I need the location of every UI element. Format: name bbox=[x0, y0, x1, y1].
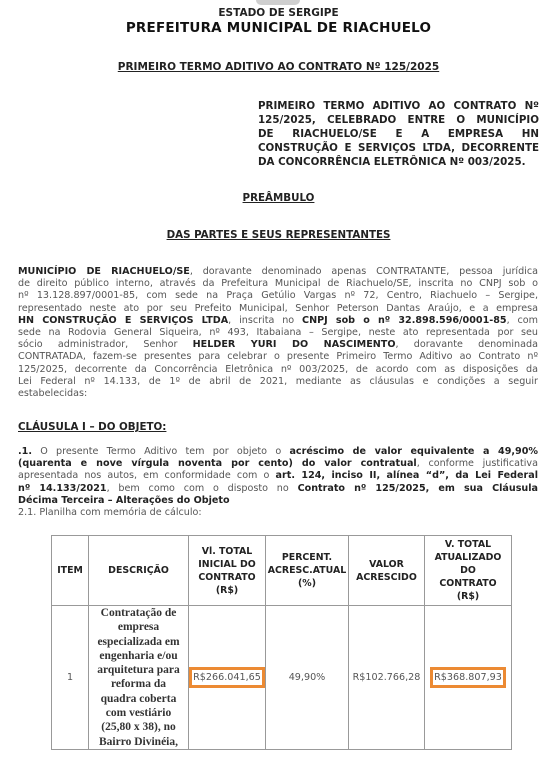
ementa-line: DE RIACHUELO/SE E A EMPRESA HN bbox=[258, 127, 539, 141]
text: sede na Rodovia General Siqueira, nº 493… bbox=[18, 327, 538, 339]
table-row: 1 Contratação de empresa especializada e… bbox=[52, 606, 512, 750]
text: apresentada nos autos, em conformidade c… bbox=[18, 470, 276, 481]
col-added: VALOR ACRESCIDO bbox=[349, 536, 425, 606]
document-title: PRIMEIRO TERMO ADITIVO AO CONTRATO Nº 12… bbox=[0, 61, 557, 73]
state-header: ESTADO DE SERGIPE bbox=[0, 7, 557, 19]
header-line: CONTRATO bbox=[189, 571, 265, 584]
header-line: VALOR bbox=[349, 558, 424, 571]
text: Lei Federal nº 14.133, de 1º de abril de… bbox=[18, 376, 538, 388]
added-value-cell: R$102.766,28 bbox=[349, 606, 425, 750]
desc-line: quadra coberta bbox=[89, 692, 188, 706]
spreadsheet-caption: 2.1. Planilha com memória de cálculo: bbox=[18, 507, 538, 519]
text: representado neste ato por seu Prefeito … bbox=[18, 303, 538, 315]
desc-line: engenharia e/ou bbox=[89, 649, 188, 663]
col-initial-total: Vl. TOTAL INICIAL DO CONTRATO (R$) bbox=[189, 536, 266, 606]
header-line: ATUALIZADO bbox=[425, 551, 511, 564]
text-bold: (quarenta e nove vírgula noventa por cen… bbox=[18, 458, 417, 469]
desc-line: arquitetura para bbox=[89, 663, 188, 677]
calculation-table: ITEM DESCRIÇÃO Vl. TOTAL INICIAL DO CONT… bbox=[51, 535, 512, 750]
header-line: (%) bbox=[266, 577, 348, 590]
text-bold: Contrato nº 125/2025, em sua Cláusula bbox=[298, 483, 538, 494]
ementa-line: DA CONCORRÊNCIA ELETRÔNICA Nº 003/2025. bbox=[258, 155, 539, 169]
clause-1-heading: CLÁUSULA I – DO OBJETO: bbox=[18, 421, 166, 433]
text: , bem como com o disposto no bbox=[107, 483, 298, 494]
text-bold: Décima Terceira – Alterações do Objeto bbox=[18, 495, 230, 506]
ementa: PRIMEIRO TERMO ADITIVO AO CONTRATO Nº 12… bbox=[258, 99, 539, 169]
contracting-party: MUNICÍPIO DE RIACHUELO/SE bbox=[18, 266, 190, 277]
header-line: CONTRATO bbox=[425, 577, 511, 590]
header-line: ACRESC.ATUAL bbox=[266, 564, 348, 577]
text: , inscrita no bbox=[228, 315, 302, 326]
header-line: V. TOTAL bbox=[425, 538, 511, 551]
item-cell: 1 bbox=[52, 606, 89, 750]
col-item: ITEM bbox=[52, 536, 89, 606]
text: 125/2025, decorrente da Concorrência Ele… bbox=[18, 364, 538, 376]
initial-total-cell: R$266.041,65 bbox=[189, 606, 266, 750]
updated-total-highlight: R$368.807,93 bbox=[430, 667, 506, 688]
table-header-row: ITEM DESCRIÇÃO Vl. TOTAL INICIAL DO CONT… bbox=[52, 536, 512, 606]
company-representative: HELDER YURI DO NASCIMENTO bbox=[193, 339, 396, 350]
updated-total-cell: R$368.807,93 bbox=[425, 606, 512, 750]
header-line: ACRESCIDO bbox=[349, 571, 424, 584]
company-cnpj: CNPJ sob o nº 32.898.596/0001-85 bbox=[302, 315, 507, 326]
text: de direito público interno, através da P… bbox=[18, 278, 538, 290]
text-bold: art. 124, inciso II, alínea “d”, da Lei … bbox=[276, 470, 538, 481]
desc-line: reforma da bbox=[89, 677, 188, 691]
header-line: INICIAL DO bbox=[189, 558, 265, 571]
text: CONTRATADA, fazem-se presentes para cele… bbox=[18, 351, 538, 363]
desc-line: Bairro Divinéia, bbox=[89, 735, 188, 749]
header-line: PERCENT. bbox=[266, 551, 348, 564]
percent-cell: 49,90% bbox=[266, 606, 349, 750]
desc-line: Contratação de bbox=[89, 606, 188, 620]
ementa-line: CONSTRUÇÃO E SERVIÇOS LTDA, DECORRENTE bbox=[258, 141, 539, 155]
col-description: DESCRIÇÃO bbox=[89, 536, 189, 606]
parties-heading: DAS PARTES E SEUS REPRESENTANTES bbox=[0, 229, 557, 241]
text: , doravante denominada bbox=[395, 339, 538, 350]
header-line: DO bbox=[425, 564, 511, 577]
col-updated-total: V. TOTAL ATUALIZADO DO CONTRATO (R$) bbox=[425, 536, 512, 606]
ementa-line: 125/2025, CELEBRADO ENTRE O MUNICÍPIO bbox=[258, 113, 539, 127]
header-line: (R$) bbox=[425, 590, 511, 603]
coat-of-arms-icon bbox=[256, 0, 300, 5]
contracted-company: HN CONSTRUÇÃO E SERVIÇOS LTDA bbox=[18, 315, 228, 326]
desc-line: com vestiário bbox=[89, 706, 188, 720]
text-bold: acréscimo de valor equivalente a 49,90% bbox=[289, 446, 538, 457]
initial-total-highlight: R$266.041,65 bbox=[189, 667, 265, 688]
text-bold: nº 14.133/2021 bbox=[18, 483, 107, 494]
preamble-heading: PREÂMBULO bbox=[0, 192, 557, 204]
text: O presente Termo Aditivo tem por objeto … bbox=[32, 446, 289, 457]
col-percent: PERCENT. ACRESC.ATUAL (%) bbox=[266, 536, 349, 606]
text: nº 13.128.897/0001-85, com sede na Praça… bbox=[18, 290, 538, 302]
desc-line: especializada em bbox=[89, 635, 188, 649]
text: , com bbox=[507, 315, 538, 326]
header-line: Vl. TOTAL bbox=[189, 545, 265, 558]
municipality-header: PREFEITURA MUNICIPAL DE RIACHUELO bbox=[0, 20, 557, 36]
header-line: (R$) bbox=[189, 584, 265, 597]
text: , doravante denominado apenas CONTRATANT… bbox=[190, 266, 538, 277]
description-cell: Contratação de empresa especializada em … bbox=[89, 606, 189, 750]
parties-paragraph: MUNICÍPIO DE RIACHUELO/SE, doravante den… bbox=[18, 266, 538, 400]
text: estabelecidas: bbox=[18, 388, 538, 400]
desc-line: empresa bbox=[89, 620, 188, 634]
object-paragraph: .1. O presente Termo Aditivo tem por obj… bbox=[18, 446, 538, 519]
text: sócio administrador, Senhor bbox=[18, 339, 193, 350]
desc-line: (25,80 x 38), no bbox=[89, 720, 188, 734]
text: , conforme justificativa bbox=[417, 458, 538, 469]
item-number: .1. bbox=[18, 446, 32, 457]
ementa-line: PRIMEIRO TERMO ADITIVO AO CONTRATO Nº bbox=[258, 99, 539, 113]
